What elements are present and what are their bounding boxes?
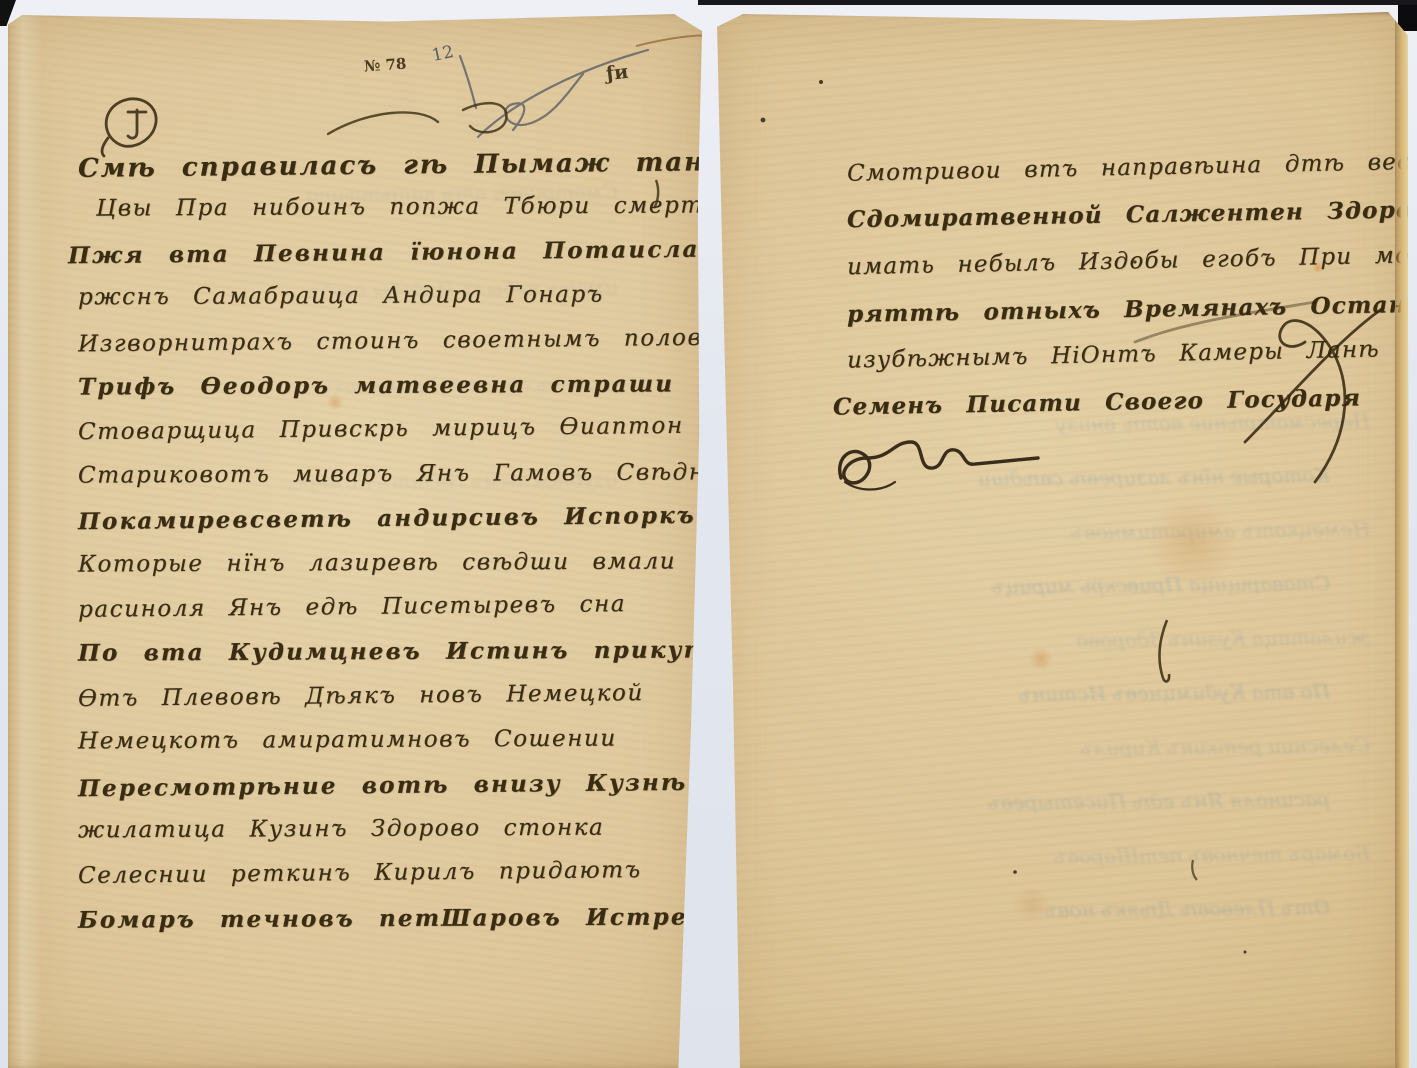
rust-stain [1028, 648, 1054, 670]
left-page: № 78 12 ƒи См [8, 12, 702, 1068]
scan-edge-top-right [1398, 5, 1417, 31]
rust-stain [1312, 262, 1324, 273]
manuscript-line: Бомаръ течновъ петШаровъ Истребъ [78, 903, 726, 933]
manuscript-line: жилатица Кузинъ Здорово стонка [78, 815, 604, 844]
manuscript-line: Покамиревсветѣ андирсивъ Испоркъ [78, 502, 696, 535]
manuscript-line: расиноля Янъ едѣ Писетыревъ сна [78, 591, 626, 623]
manuscript-scan: № 78 12 ƒи См [0, 0, 1417, 1068]
left-text-block: Смѣ справиласъ гѣ Пымаж таноютѣЦвы Пра н… [8, 12, 702, 1068]
manuscript-line: Трифъ Ѳеодоръ матвеевна страши [78, 370, 674, 400]
manuscript-line: Которые нїнъ лазиревѣ свѣдши вмали [78, 548, 676, 577]
manuscript-line: Селеснии реткинъ Кирилъ придаютъ [78, 857, 642, 889]
rust-stain [326, 394, 344, 410]
rust-stain [1145, 500, 1240, 585]
manuscript-line: Немецкотъ амиратимновъ Сошении [78, 726, 617, 755]
manuscript-line: Пжя вта Певнина їюнона Потаисла [68, 235, 700, 269]
right-page: Пересмотрѣние вотѣ внизуКоторые нїнъ лаз… [715, 12, 1409, 1068]
manuscript-line: Цвы Пра нибоинъ попжа Тбюри смертѣ [96, 193, 726, 222]
manuscript-line: Ѳтъ Плевовѣ Дѣякъ новъ Немецкой [78, 680, 644, 712]
right-page-flourishes [715, 12, 1409, 1068]
scan-edge-top-bar [698, 0, 1417, 5]
manuscript-line: Стоварщица Привскрь мирицъ Ѳиаптон [78, 413, 684, 445]
manuscript-line: ржснъ Самабраица Андира Гонаръ [78, 282, 604, 311]
manuscript-line: По вта Кудимцневъ Истинъ прикупъ [78, 637, 722, 667]
manuscript-line: Смѣ справиласъ гѣ Пымаж таноютѣ [78, 146, 811, 184]
manuscript-line: Пересмотрѣние вотѣ внизу Кузнѣ [78, 768, 687, 801]
manuscript-line: Изгворнитрахъ стоинъ своетнымъ половъ [78, 324, 720, 357]
manuscript-line: Стариковотъ миваръ Янъ Гамовъ Свѣдни [78, 459, 722, 488]
rust-stain [1012, 888, 1052, 922]
